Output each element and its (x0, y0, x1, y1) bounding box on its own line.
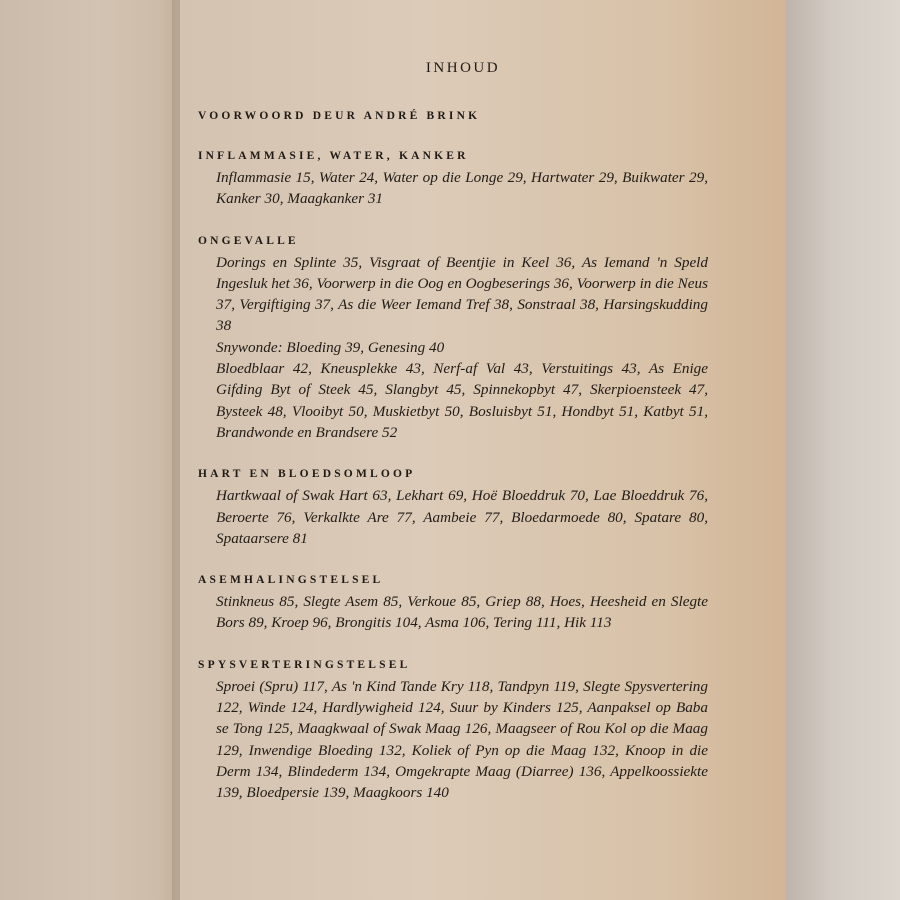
table-of-contents: INHOUD VOORWOORD DEUR ANDRÉ BRINK INFLAM… (198, 60, 708, 826)
section-heading: ONGEVALLE (198, 232, 708, 250)
section-heading: ASEMHALINGSTELSEL (198, 571, 708, 589)
section-heading: VOORWOORD DEUR ANDRÉ BRINK (198, 107, 708, 125)
entry-paragraph: Sproei (Spru) 117, As 'n Kind Tande Kry … (216, 676, 708, 804)
entry-paragraph: Dorings en Splinte 35, Visgraat of Beent… (216, 252, 708, 337)
section-inflammasie: INFLAMMASIE, WATER, KANKER Inflammasie 1… (198, 147, 708, 210)
page-title: INHOUD (198, 60, 708, 77)
entry-paragraph: Stinkneus 85, Slegte Asem 85, Verkoue 85… (216, 591, 708, 634)
section-heading: INFLAMMASIE, WATER, KANKER (198, 147, 708, 165)
entry-paragraph: Snywonde: Bloeding 39, Genesing 40 (216, 337, 708, 358)
entry-paragraph: Bloedblaar 42, Kneusplekke 43, Nerf-af V… (216, 358, 708, 443)
section-entries: Inflammasie 15, Water 24, Water op die L… (216, 167, 708, 210)
section-heading: SPYSVERTERINGSTELSEL (198, 656, 708, 674)
section-heading: HART EN BLOEDSOMLOOP (198, 465, 708, 483)
section-entries: Sproei (Spru) 117, As 'n Kind Tande Kry … (216, 676, 708, 804)
section-asemhaling: ASEMHALINGSTELSEL Stinkneus 85, Slegte A… (198, 571, 708, 634)
entry-paragraph: Inflammasie 15, Water 24, Water op die L… (216, 167, 708, 210)
section-entries: Hartkwaal of Swak Hart 63, Lekhart 69, H… (216, 485, 708, 549)
section-voorwoord: VOORWOORD DEUR ANDRÉ BRINK (198, 107, 708, 125)
background-surface (786, 0, 900, 900)
section-ongevalle: ONGEVALLE Dorings en Splinte 35, Visgraa… (198, 232, 708, 444)
left-page (0, 0, 180, 900)
entry-paragraph: Hartkwaal of Swak Hart 63, Lekhart 69, H… (216, 485, 708, 549)
section-hart: HART EN BLOEDSOMLOOP Hartkwaal of Swak H… (198, 465, 708, 549)
section-spysvertering: SPYSVERTERINGSTELSEL Sproei (Spru) 117, … (198, 656, 708, 804)
section-entries: Stinkneus 85, Slegte Asem 85, Verkoue 85… (216, 591, 708, 634)
section-entries: Dorings en Splinte 35, Visgraat of Beent… (216, 252, 708, 444)
